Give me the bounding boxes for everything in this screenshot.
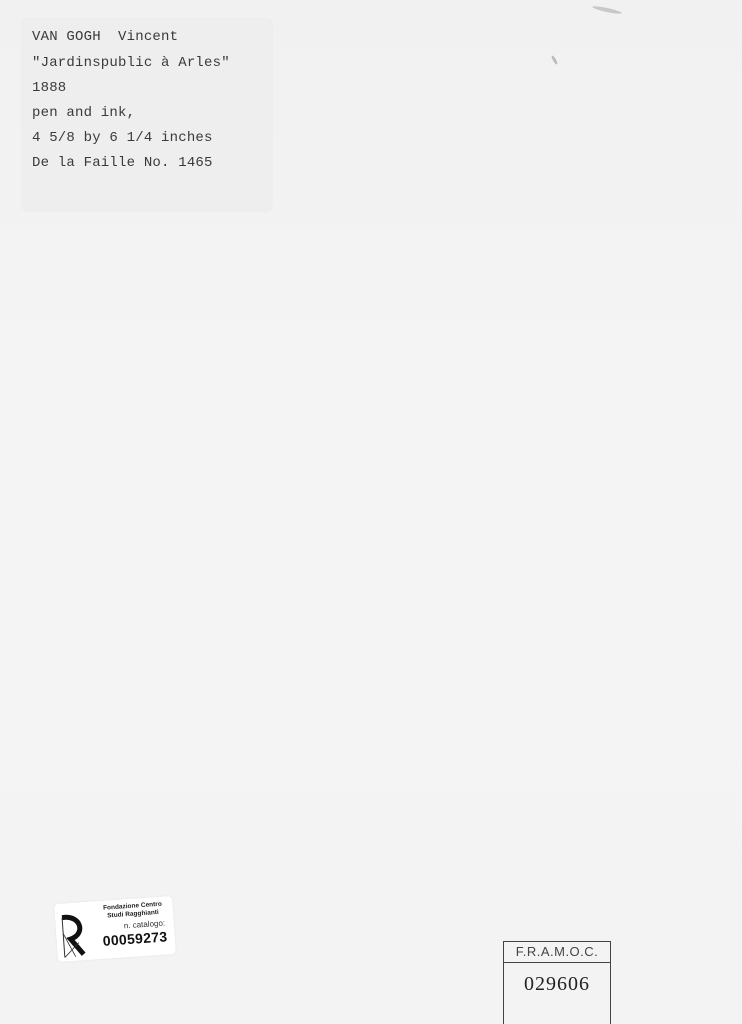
card-catalogue-ref: De la Faille No. 1465: [32, 155, 213, 171]
card-artist: VAN GOGH Vincent: [32, 29, 178, 45]
card-medium: pen and ink,: [32, 105, 135, 121]
ragghianti-r-logo-icon: [59, 912, 88, 958]
catalog-number: 00059273: [102, 928, 168, 948]
card-year: 1888: [32, 80, 66, 96]
framoc-stamp-number: 029606: [504, 973, 610, 996]
framoc-stamp-header: F.R.A.M.O.C.: [504, 942, 610, 963]
foundation-label: Fondazione Centro Studi Ragghianti n. ca…: [54, 896, 176, 962]
card-title: "Jardinspublic à Arles": [32, 55, 230, 71]
framoc-stamp: F.R.A.M.O.C. 029606: [503, 941, 611, 1024]
card-dimensions: 4 5/8 by 6 1/4 inches: [32, 130, 213, 146]
catalog-card: VAN GOGH Vincent "Jardinspublic à Arles"…: [22, 19, 272, 211]
paper-mark: [551, 55, 559, 65]
paper-mark: [592, 5, 622, 15]
